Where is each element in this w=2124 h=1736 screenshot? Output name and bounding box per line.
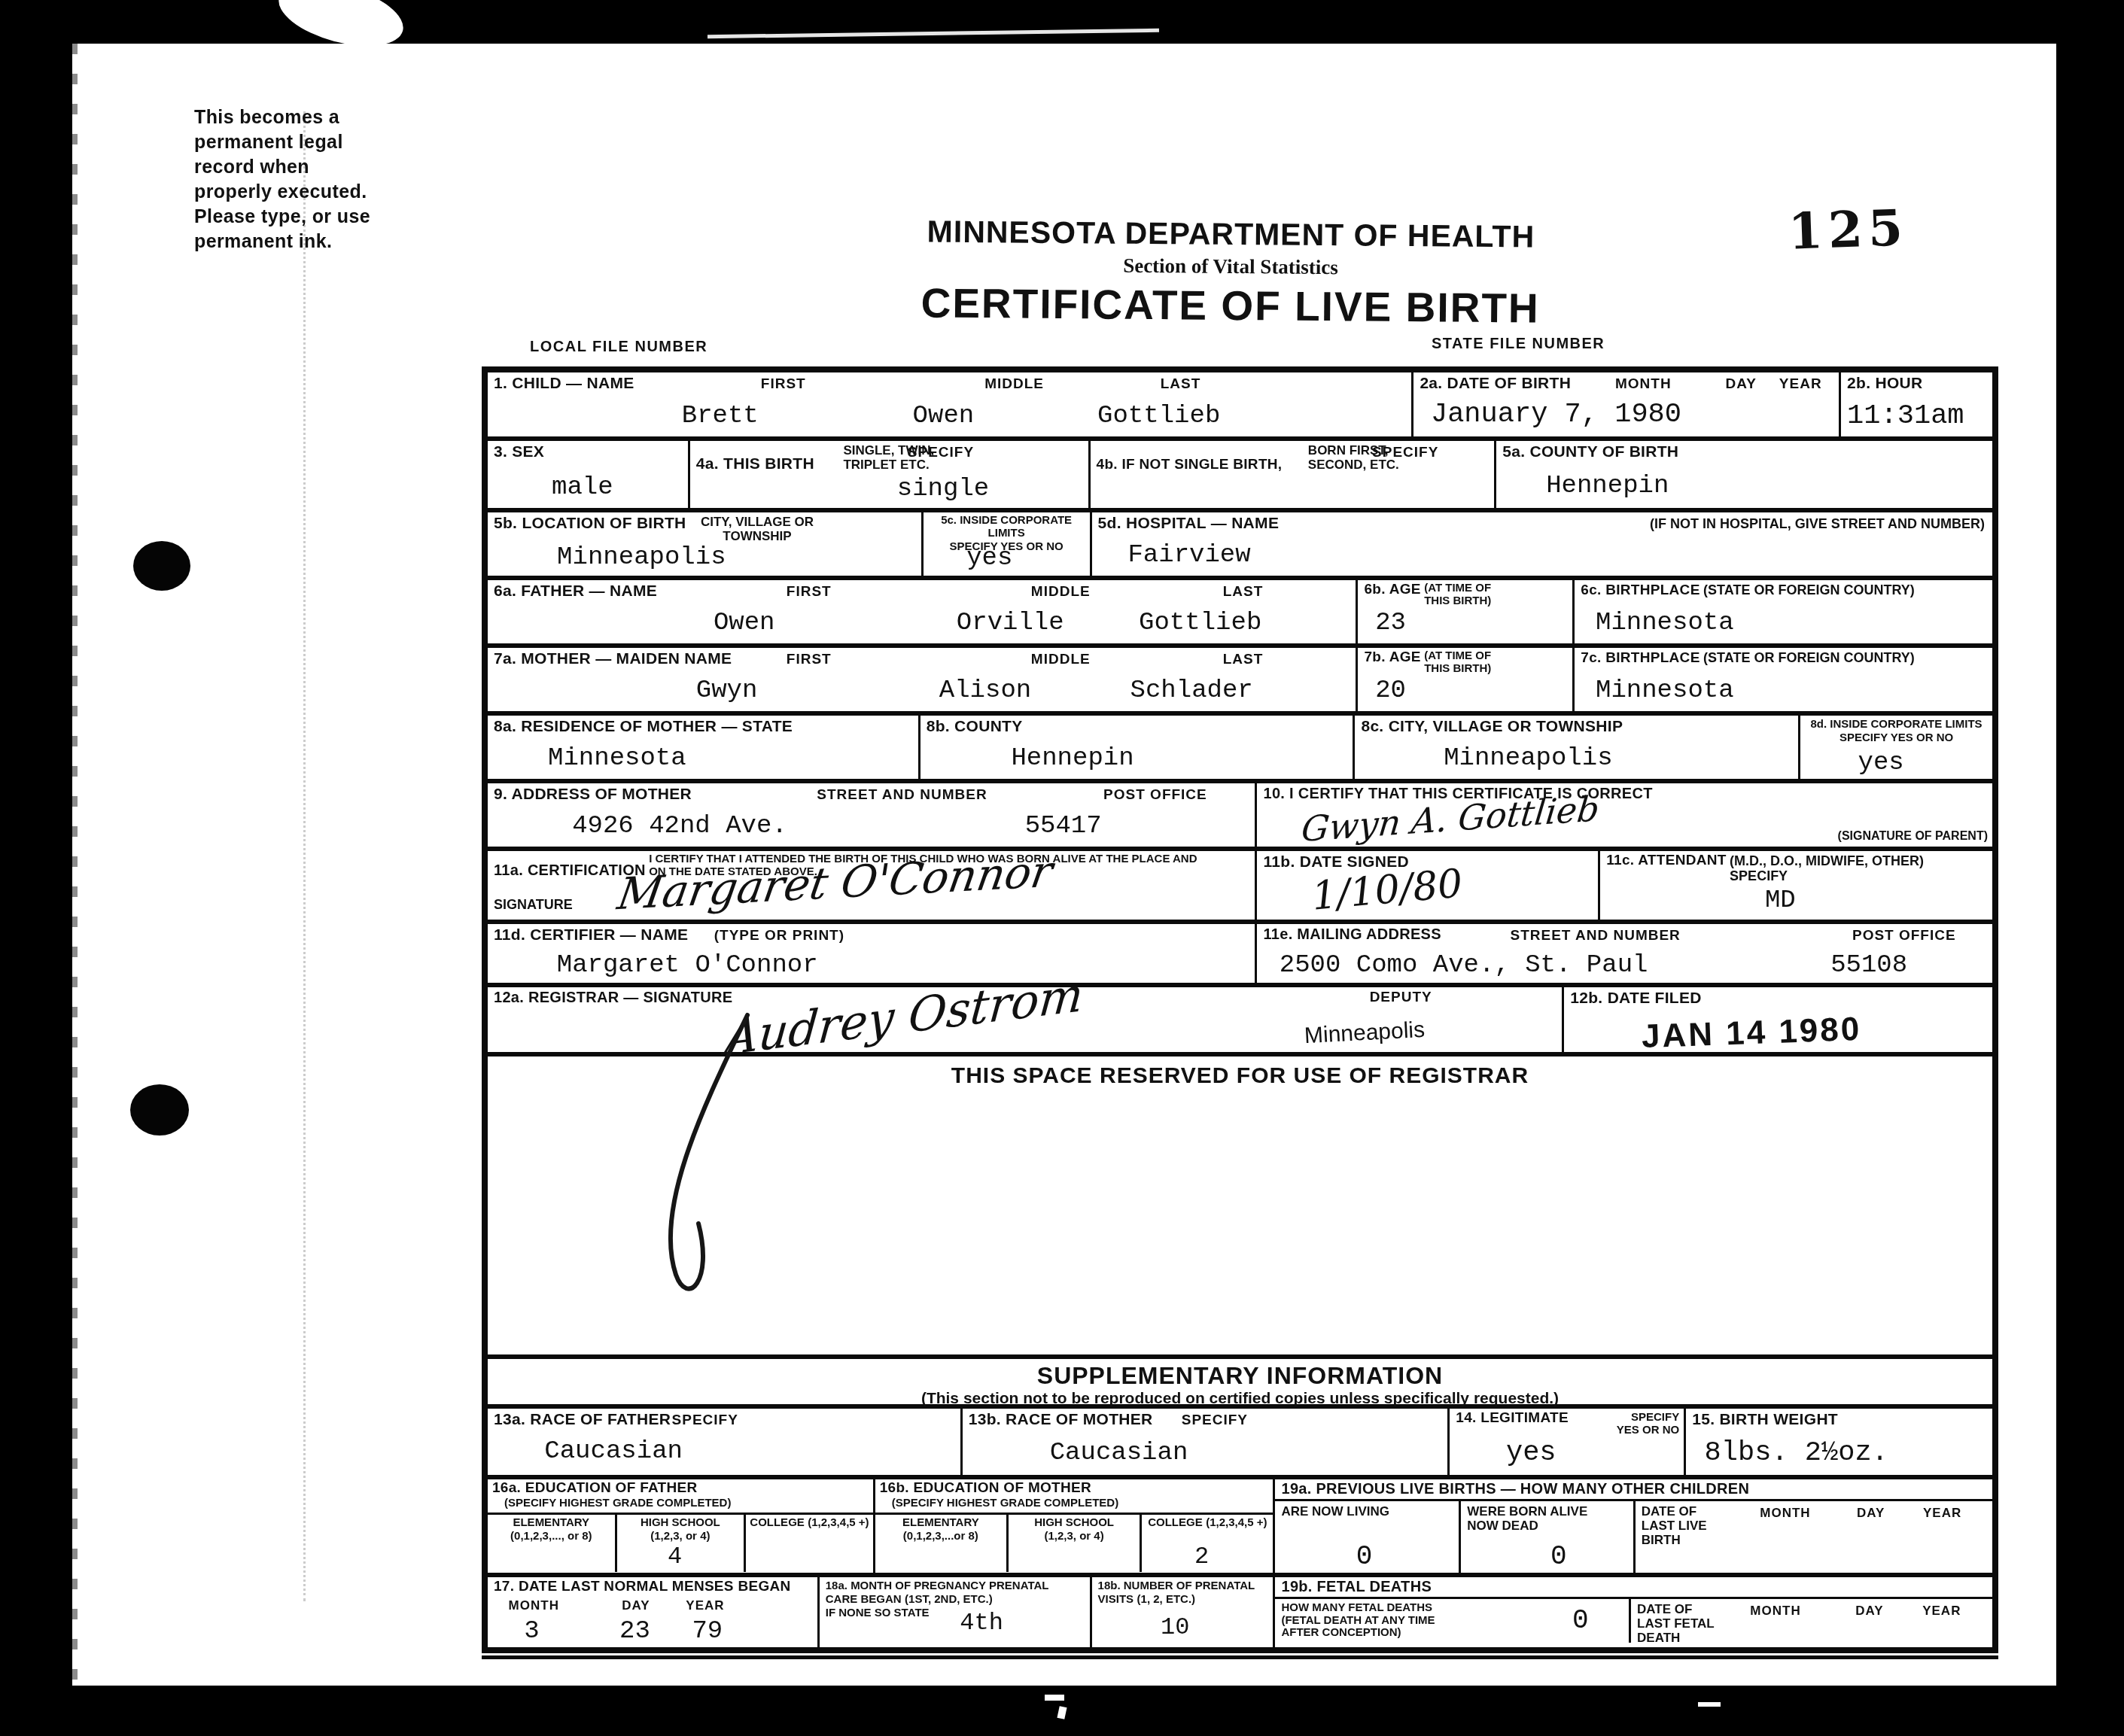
mailing-po-value: 55108	[1830, 951, 1907, 980]
field-residence-county: 8b. COUNTY Hennepin	[918, 716, 1353, 779]
college-header: COLLEGE	[750, 1517, 805, 1530]
college-range: (1,2,3,4,5 +)	[808, 1517, 869, 1530]
date-last-fetal-death-header: DATE OF LAST FETAL DEATH	[1637, 1602, 1727, 1645]
certifier-label: 11d. CERTIFIER — NAME	[494, 926, 688, 944]
race-mother-specify: SPECIFY	[1182, 1412, 1248, 1429]
edu-father-label: 16a. EDUCATION OF FATHER	[492, 1481, 698, 1497]
how-many-fetal-deaths-header: HOW MANY FETAL DEATHS (FETAL DEATH AT AN…	[1281, 1602, 1469, 1640]
row-address: 9. ADDRESS OF MOTHER STREET AND NUMBER P…	[488, 783, 1992, 851]
dob-label: 2a. DATE OF BIRTH	[1420, 375, 1571, 392]
prenatal-visits-label: 18b. NUMBER OF PRENATAL	[1098, 1580, 1255, 1593]
edu-father-highschool: HIGH SCHOOL (1,2,3, or 4) 4	[615, 1515, 744, 1572]
fetal-count-value: 0	[1572, 1605, 1589, 1636]
menses-label: 17. DATE LAST NORMAL MENSES BEGAN	[494, 1579, 791, 1595]
field-residence-state: 8a. RESIDENCE OF MOTHER — STATE Minnesot…	[488, 716, 918, 779]
prev-births-date-last: DATE OF LAST LIVE BIRTH MONTH DAY YEAR	[1633, 1501, 1992, 1573]
mother-bp-sublabel: (STATE OR FOREIGN COUNTRY)	[1703, 650, 1915, 665]
scan-edge-noise	[72, 44, 78, 1686]
signature-of-parent-label: (SIGNATURE OF PARENT)	[1838, 830, 1988, 844]
field-not-single-birth: 4b. IF NOT SINGLE BIRTH, BORN FIRST, SEC…	[1088, 441, 1495, 508]
last-header: LAST	[1223, 652, 1264, 668]
menses-month-value: 3	[524, 1617, 539, 1646]
race-mother-value: Caucasian	[1050, 1439, 1188, 1467]
edu-mother-sublabel: (SPECIFY HIGHEST GRADE COMPLETED)	[892, 1497, 1118, 1510]
corp-limits-value: yes	[966, 544, 1012, 573]
field-location-of-birth: 5b. LOCATION OF BIRTH CITY, VILLAGE OR T…	[488, 512, 921, 576]
field-inside-corporate-limits: 5c. INSIDE CORPORATE LIMITS SPECIFY YES …	[921, 512, 1090, 576]
year-header: YEAR	[1922, 1604, 1961, 1619]
field-certification: 11a. CERTIFICATION I CERTIFY THAT I ATTE…	[488, 851, 1255, 920]
edu-mother-col-value: 2	[1194, 1543, 1209, 1570]
row-sex-birth: 3. SEX male 4a. THIS BIRTH SINGLE, TWIN,…	[488, 441, 1992, 512]
type-or-print-label: (TYPE OR PRINT)	[714, 928, 844, 944]
now-living-value: 0	[1356, 1541, 1373, 1572]
field-this-birth: 4a. THIS BIRTH SINGLE, TWIN, TRIPLET ETC…	[688, 441, 1088, 508]
hole-punch	[130, 1084, 189, 1136]
now-dead-value: 0	[1550, 1541, 1567, 1572]
field-date-filed: 12b. DATE FILED JAN 14 1980	[1562, 987, 1992, 1052]
mother-age-value: 20	[1375, 676, 1406, 705]
father-age-label: 6b. AGE	[1364, 582, 1420, 598]
field-last-menses: 17. DATE LAST NORMAL MENSES BEGAN MONTH …	[488, 1577, 817, 1647]
highschool-header: HIGH SCHOOL	[641, 1517, 720, 1530]
field-county-of-birth: 5a. COUNTY OF BIRTH Hennepin	[1494, 441, 1992, 508]
this-birth-specify-label: SPECIFY	[908, 445, 974, 461]
birth-weight-value: 8lbs. 2½oz.	[1705, 1437, 1888, 1469]
father-last-value: Gottlieb	[1139, 609, 1261, 637]
day-header: DAY	[622, 1598, 650, 1613]
day-header: DAY	[1726, 376, 1757, 393]
signature-label: SIGNATURE	[494, 897, 573, 912]
child-first-value: Brett	[682, 402, 759, 430]
prev-births-now-living: ARE NOW LIVING 0	[1275, 1501, 1459, 1573]
certificate-title: CERTIFICATE OF LIVE BIRTH	[778, 278, 1682, 333]
scan-speck	[1698, 1702, 1721, 1707]
section-title: Section of Vital Statistics	[779, 251, 1682, 282]
field-fetal-deaths: 19b. FETAL DEATHS HOW MANY FETAL DEATHS …	[1273, 1577, 1992, 1647]
res-city-value: Minneapolis	[1444, 744, 1612, 773]
prev-births-label: 19a. PREVIOUS LIVE BIRTHS — HOW MANY OTH…	[1281, 1481, 1749, 1497]
day-header: DAY	[1857, 1506, 1885, 1521]
address-po-value: 55417	[1025, 812, 1102, 841]
year-header: YEAR	[686, 1598, 724, 1613]
field-mailing-address: 11e. MAILING ADDRESS STREET AND NUMBER P…	[1255, 924, 1992, 983]
race-father-value: Caucasian	[544, 1437, 683, 1466]
field-race-of-father: 13a. RACE OF FATHER SPECIFY Caucasian	[488, 1409, 960, 1475]
registrar-label: 12a. REGISTRAR — SIGNATURE	[494, 990, 732, 1006]
certificate-form: 1. CHILD — NAME FIRST MIDDLE LAST Brett …	[482, 366, 1998, 1653]
row-education: 16a. EDUCATION OF FATHER (SPECIFY HIGHES…	[488, 1479, 1992, 1577]
scan-artifact-streak	[707, 29, 1159, 38]
field-education-of-father: 16a. EDUCATION OF FATHER (SPECIFY HIGHES…	[488, 1479, 873, 1573]
corp-limits-label: 5c. INSIDE CORPORATE LIMITS	[930, 515, 1084, 540]
field-father-name: 6a. FATHER — NAME FIRST MIDDLE LAST Owen…	[488, 580, 1356, 643]
now-living-header: ARE NOW LIVING	[1281, 1504, 1389, 1519]
month-header: MONTH	[1750, 1604, 1800, 1619]
mother-name-label: 7a. MOTHER — MAIDEN NAME	[494, 650, 732, 667]
edu-father-hs-value: 4	[668, 1543, 682, 1570]
mother-middle-value: Alison	[939, 676, 1031, 705]
hospital-note: (IF NOT IN HOSPITAL, GIVE STREET AND NUM…	[1650, 516, 1985, 531]
menses-day-value: 23	[619, 1617, 650, 1646]
row-child: 1. CHILD — NAME FIRST MIDDLE LAST Brett …	[488, 372, 1992, 441]
dob-value: January 7, 1980	[1431, 399, 1681, 430]
sex-label: 3. SEX	[494, 443, 544, 461]
edu-mother-highschool: HIGH SCHOOL (1,2,3, or 4)	[1006, 1515, 1140, 1572]
deputy-label: DEPUTY	[1370, 990, 1432, 1006]
mother-bp-label: 7c. BIRTHPLACE	[1581, 651, 1700, 667]
edu-mother-college: COLLEGE (1,2,3,4,5 +) 2	[1140, 1515, 1273, 1572]
mother-age-sublabel: (AT TIME OF THIS BIRTH)	[1424, 650, 1514, 675]
this-birth-value: single	[897, 475, 989, 503]
father-middle-value: Orville	[957, 609, 1064, 637]
location-label: 5b. LOCATION OF BIRTH	[494, 515, 686, 532]
row-location: 5b. LOCATION OF BIRTH CITY, VILLAGE OR T…	[488, 512, 1992, 580]
hole-punch	[133, 541, 190, 591]
document-page: This becomes a permanent legal record wh…	[72, 44, 2056, 1686]
year-header: YEAR	[1779, 376, 1822, 393]
race-mother-label: 13b. RACE OF MOTHER	[969, 1411, 1153, 1428]
father-bp-sublabel: (STATE OR FOREIGN COUNTRY)	[1703, 582, 1915, 597]
field-residence-corp-limits: 8d. INSIDE CORPORATE LIMITS SPECIFY YES …	[1798, 716, 1992, 779]
first-header: FIRST	[787, 584, 832, 600]
row-race: 13a. RACE OF FATHER SPECIFY Caucasian 13…	[488, 1409, 1992, 1479]
row-certification: 11a. CERTIFICATION I CERTIFY THAT I ATTE…	[488, 851, 1992, 924]
field-mother-birthplace: 7c. BIRTHPLACE (STATE OR FOREIGN COUNTRY…	[1572, 648, 1992, 711]
field-child-name: 1. CHILD — NAME FIRST MIDDLE LAST Brett …	[488, 372, 1411, 436]
born-alive-now-dead-header: WERE BORN ALIVE NOW DEAD	[1467, 1504, 1595, 1533]
field-prenatal-visits: 18b. NUMBER OF PRENATAL VISITS (1, 2, ET…	[1090, 1577, 1273, 1647]
field-hospital: 5d. HOSPITAL — NAME (IF NOT IN HOSPITAL,…	[1090, 512, 1992, 576]
row-mother: 7a. MOTHER — MAIDEN NAME FIRST MIDDLE LA…	[488, 648, 1992, 716]
supplementary-title: SUPPLEMENTARY INFORMATION	[488, 1362, 1992, 1390]
field-legitimate: 14. LEGITIMATE SPECIFY YES OR NO yes	[1447, 1409, 1684, 1475]
mother-last-value: Schlader	[1130, 676, 1253, 705]
legitimate-sublabel: SPECIFY YES OR NO	[1616, 1412, 1679, 1437]
edu-father-college: COLLEGE (1,2,3,4,5 +)	[744, 1515, 873, 1572]
field-parent-certification: 10. I CERTIFY THAT THIS CERTIFICATE IS C…	[1255, 783, 1992, 847]
elementary-header: ELEMENTARY	[902, 1517, 979, 1530]
res-corp-sublabel: SPECIFY YES OR NO	[1839, 732, 1953, 745]
care-began-etc: (1ST, 2ND, ETC.)	[905, 1594, 993, 1607]
field-sex: 3. SEX male	[488, 441, 688, 508]
field-mother-age: 7b. AGE (AT TIME OF THIS BIRTH) 20	[1356, 648, 1572, 711]
permanent-record-note: This becomes a permanent legal record wh…	[194, 105, 391, 254]
middle-header: MIDDLE	[1031, 652, 1091, 668]
father-age-sublabel: (AT TIME OF THIS BIRTH)	[1424, 582, 1514, 607]
edu-mother-label: 16b. EDUCATION OF MOTHER	[880, 1481, 1091, 1497]
post-office-header: POST OFFICE	[1852, 928, 1956, 944]
day-header: DAY	[1855, 1604, 1883, 1619]
hospital-label: 5d. HOSPITAL — NAME	[1098, 515, 1280, 532]
location-value: Minneapolis	[557, 543, 726, 572]
field-date-of-birth: 2a. DATE OF BIRTH MONTH DAY YEAR January…	[1411, 372, 1839, 436]
county-birth-value: Hennepin	[1546, 472, 1669, 500]
field-father-age: 6b. AGE (AT TIME OF THIS BIRTH) 23	[1356, 580, 1572, 643]
address-label: 9. ADDRESS OF MOTHER	[494, 786, 692, 803]
supplementary-header: SUPPLEMENTARY INFORMATION (This section …	[488, 1359, 1992, 1404]
mailing-label: 11e. MAILING ADDRESS	[1263, 926, 1441, 943]
deputy-city-stamp: Minneapolis	[1304, 1017, 1426, 1049]
child-name-label: 1. CHILD — NAME	[494, 375, 634, 392]
supplementary-subtitle: (This section not to be reproduced on ce…	[488, 1390, 1992, 1408]
legitimate-label: 14. LEGITIMATE	[1456, 1411, 1569, 1427]
this-birth-label: 4a. THIS BIRTH	[696, 455, 814, 473]
signature-tail-stroke	[593, 1026, 774, 1312]
field-certifier-name: 11d. CERTIFIER — NAME (TYPE OR PRINT) Ma…	[488, 924, 1255, 983]
post-office-header: POST OFFICE	[1103, 787, 1207, 804]
field-previous-live-births: 19a. PREVIOUS LIVE BIRTHS — HOW MANY OTH…	[1273, 1479, 1992, 1573]
not-single-specify-label: SPECIFY	[1372, 445, 1438, 461]
field-residence-city: 8c. CITY, VILLAGE OR TOWNSHIP Minneapoli…	[1353, 716, 1798, 779]
row-menses-prenatal: 17. DATE LAST NORMAL MENSES BEGAN MONTH …	[488, 1577, 1992, 1647]
mother-bp-value: Minnesota	[1596, 676, 1734, 705]
street-header: STREET AND NUMBER	[817, 787, 987, 804]
residence-value: Minnesota	[548, 744, 686, 773]
state-file-number-label: STATE FILE NUMBER	[1432, 336, 1605, 353]
race-father-label: 13a. RACE OF FATHER	[494, 1411, 671, 1428]
year-header: YEAR	[1923, 1506, 1961, 1521]
birth-weight-label: 15. BIRTH WEIGHT	[1692, 1411, 1838, 1428]
month-header: MONTH	[1760, 1506, 1810, 1521]
local-file-number-label: LOCAL FILE NUMBER	[530, 339, 707, 356]
mother-first-value: Gwyn	[696, 676, 758, 705]
if-none-label: IF NONE SO STATE	[826, 1607, 930, 1620]
field-education-of-mother: 16b. EDUCATION OF MOTHER (SPECIFY HIGHES…	[873, 1479, 1273, 1573]
field-hour: 2b. HOUR 11:31am	[1839, 372, 1992, 436]
attendant-value: MD	[1765, 886, 1796, 915]
highschool-range: (1,2,3, or 4)	[1044, 1531, 1103, 1543]
document-header: MINNESOTA DEPARTMENT OF HEALTH Section o…	[778, 213, 1682, 333]
field-race-of-mother: 13b. RACE OF MOTHER SPECIFY Caucasian	[960, 1409, 1448, 1475]
last-header: LAST	[1223, 584, 1264, 600]
last-header: LAST	[1161, 376, 1201, 393]
fold-line	[303, 111, 306, 1601]
hour-value: 11:31am	[1847, 400, 1964, 432]
month-header: MONTH	[509, 1598, 559, 1613]
father-bp-value: Minnesota	[1596, 609, 1734, 637]
field-prenatal-care-began: 18a. MONTH OF PREGNANCY PRENATAL CARE BE…	[817, 1577, 1090, 1647]
res-corp-value: yes	[1858, 749, 1904, 777]
res-county-label: 8b. COUNTY	[927, 718, 1023, 735]
child-middle-value: Owen	[913, 402, 975, 430]
res-city-label: 8c. CITY, VILLAGE OR TOWNSHIP	[1361, 718, 1623, 735]
edu-mother-elementary: ELEMENTARY (0,1,2,3,...or 8)	[875, 1515, 1006, 1572]
elementary-header: ELEMENTARY	[513, 1517, 589, 1530]
not-single-label: 4b. IF NOT SINGLE BIRTH,	[1097, 458, 1283, 473]
row-supplementary-header: SUPPLEMENTARY INFORMATION (This section …	[488, 1359, 1992, 1409]
college-range: (1,2,3,4,5 +)	[1206, 1517, 1267, 1530]
certifier-value: Margaret O'Connor	[557, 951, 818, 980]
middle-header: MIDDLE	[984, 376, 1044, 393]
row-father: 6a. FATHER — NAME FIRST MIDDLE LAST Owen…	[488, 580, 1992, 648]
date-filed-stamp: JAN 14 1980	[1641, 1011, 1862, 1056]
scan-speck	[1045, 1695, 1064, 1701]
race-father-specify: SPECIFY	[672, 1412, 738, 1429]
menses-year-value: 79	[692, 1617, 723, 1646]
fetal-deaths-count: HOW MANY FETAL DEATHS (FETAL DEATH AT AN…	[1275, 1599, 1629, 1643]
prenatal-visits-value: 10	[1161, 1613, 1189, 1641]
elementary-range: (0,1,2,3,..., or 8)	[510, 1531, 592, 1543]
fetal-deaths-date-last: DATE OF LAST FETAL DEATH MONTH DAY YEAR	[1629, 1599, 1992, 1643]
res-corp-label: 8d. INSIDE CORPORATE LIMITS	[1811, 719, 1983, 731]
father-age-value: 23	[1375, 609, 1406, 637]
prenatal-began-value: 4th	[960, 1609, 1003, 1637]
residence-label: 8a. RESIDENCE OF MOTHER — STATE	[494, 718, 793, 735]
father-name-label: 6a. FATHER — NAME	[494, 582, 657, 600]
certificate-number-stamp: 125	[1788, 198, 1909, 260]
college-header: COLLEGE	[1148, 1517, 1203, 1530]
first-header: FIRST	[761, 376, 806, 393]
visits-label: VISITS	[1098, 1594, 1134, 1607]
child-last-value: Gottlieb	[1097, 402, 1220, 430]
father-bp-label: 6c. BIRTHPLACE	[1581, 583, 1700, 599]
sex-value: male	[552, 473, 613, 502]
attendant-label: 11c. ATTENDANT	[1606, 853, 1726, 869]
registrar-reserved-space: THIS SPACE RESERVED FOR USE OF REGISTRAR	[488, 1056, 1992, 1354]
date-last-live-birth-header: DATE OF LAST LIVE BIRTH	[1642, 1504, 1724, 1547]
first-header: FIRST	[787, 652, 832, 668]
edu-father-sublabel: (SPECIFY HIGHEST GRADE COMPLETED)	[504, 1497, 731, 1510]
fetal-deaths-label: 19b. FETAL DEATHS	[1281, 1579, 1432, 1595]
field-birth-weight: 15. BIRTH WEIGHT 8lbs. 2½oz.	[1684, 1409, 1992, 1475]
mailing-street-value: 2500 Como Ave., St. Paul	[1280, 951, 1648, 980]
hospital-value: Fairview	[1127, 541, 1250, 570]
prev-births-now-dead: WERE BORN ALIVE NOW DEAD 0	[1459, 1501, 1633, 1573]
middle-header: MIDDLE	[1031, 584, 1091, 600]
scan-speck	[1057, 1706, 1067, 1719]
hour-label: 2b. HOUR	[1847, 375, 1922, 392]
location-sublabel: CITY, VILLAGE OR TOWNSHIP	[689, 515, 825, 543]
field-mother-name: 7a. MOTHER — MAIDEN NAME FIRST MIDDLE LA…	[488, 648, 1356, 711]
date-filed-label: 12b. DATE FILED	[1570, 990, 1701, 1007]
father-first-value: Owen	[714, 609, 775, 637]
edu-father-elementary: ELEMENTARY (0,1,2,3,..., or 8)	[488, 1515, 615, 1572]
care-began-label: CARE BEGAN	[826, 1594, 902, 1607]
field-attendant: 11c. ATTENDANT (M.D., D.O., MIDWIFE, OTH…	[1598, 851, 1992, 920]
county-birth-label: 5a. COUNTY OF BIRTH	[1502, 443, 1678, 461]
field-address-of-mother: 9. ADDRESS OF MOTHER STREET AND NUMBER P…	[488, 783, 1255, 847]
department-title: MINNESOTA DEPARTMENT OF HEALTH	[779, 213, 1682, 256]
attendant-sublabel: (M.D., D.O., MIDWIFE, OTHER) SPECIFY	[1730, 853, 1925, 883]
highschool-header: HIGH SCHOOL	[1034, 1517, 1114, 1530]
row-certifier: 11d. CERTIFIER — NAME (TYPE OR PRINT) Ma…	[488, 924, 1992, 987]
month-header: MONTH	[1615, 376, 1672, 393]
field-father-birthplace: 6c. BIRTHPLACE (STATE OR FOREIGN COUNTRY…	[1572, 580, 1992, 643]
legitimate-value: yes	[1506, 1437, 1556, 1469]
row-reserved: THIS SPACE RESERVED FOR USE OF REGISTRAR	[488, 1056, 1992, 1359]
bottom-double-rule	[482, 1655, 1998, 1659]
mother-age-label: 7b. AGE	[1364, 650, 1420, 666]
prenatal-began-label: 18a. MONTH OF PREGNANCY PRENATAL	[826, 1580, 1049, 1593]
field-date-signed: 11b. DATE SIGNED 1/10/80	[1255, 851, 1598, 920]
address-street-value: 4926 42nd Ave.	[572, 812, 787, 841]
elementary-range: (0,1,2,3,...or 8)	[903, 1531, 978, 1543]
row-residence: 8a. RESIDENCE OF MOTHER — STATE Minnesot…	[488, 716, 1992, 783]
highschool-range: (1,2,3, or 4)	[650, 1531, 710, 1543]
res-county-value: Hennepin	[1011, 744, 1134, 773]
street-header: STREET AND NUMBER	[1510, 928, 1680, 944]
visits-etc: (1, 2, ETC.)	[1137, 1594, 1196, 1607]
